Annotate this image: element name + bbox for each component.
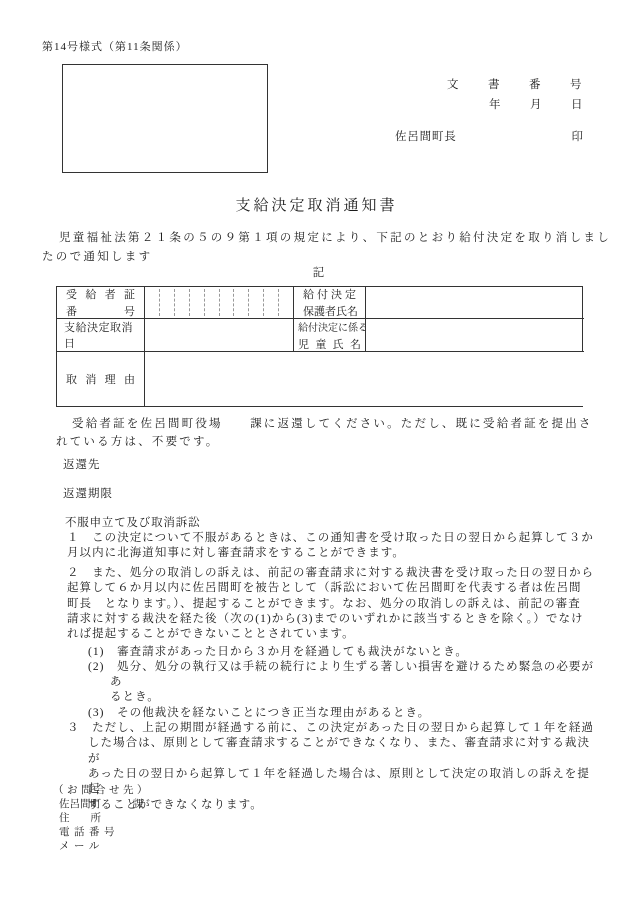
return-note-paragraph: 受給者証を佐呂間町役場 課に返還してください。ただし、既に受給者証を提出さ れて… bbox=[56, 416, 596, 451]
issuer-row: 佐呂間町長 印 bbox=[395, 128, 583, 144]
appeal-list: １ この決定について不服があるときは、この通知書を受け取った日の翌日から起算して… bbox=[67, 531, 595, 813]
cancel-reason-label: 取消理由 bbox=[57, 351, 144, 406]
appeal-subitem-3: (3) その他裁決を経ないことにつき正当な理由があるとき。 bbox=[88, 706, 595, 721]
cert-digit-box[interactable] bbox=[189, 289, 204, 316]
contact-mail-label: メール bbox=[59, 840, 151, 854]
recipient-cert-label-line1: 受給者証 bbox=[66, 287, 135, 302]
contact-office-line: 佐呂間町 課 bbox=[59, 798, 151, 812]
cert-digit-box[interactable] bbox=[174, 289, 189, 316]
guardian-label-line1: 給付決定 bbox=[303, 287, 356, 302]
appeal-subitem-1: (1) 審査請求があった日から３か月を経過しても裁決がないとき。 bbox=[88, 645, 595, 660]
ki-heading: 記 bbox=[56, 264, 583, 280]
reason-label-line: 取消理由 bbox=[66, 371, 135, 387]
intro-paragraph: 児童福祉法第２１条の５の９第１項の規定により、下記のとおり給付決定を取り消しまし… bbox=[42, 229, 624, 267]
return-deadline-label: 返還期限 bbox=[63, 485, 113, 501]
return-to-label: 返還先 bbox=[63, 456, 101, 472]
document-page: 第14号様式（第11条関係） 文書番号 年月日 佐呂間町長 印 支給決定取消通知… bbox=[0, 0, 630, 903]
recipient-cert-number-label: 受給者証 番号 bbox=[57, 287, 144, 318]
cancel-date-label: 支給決定取消日 bbox=[57, 318, 144, 351]
cert-digit-box[interactable] bbox=[233, 289, 248, 316]
cert-digit-box[interactable] bbox=[219, 289, 234, 316]
contact-heading: （お問合せ先） bbox=[53, 784, 151, 798]
contact-lines: 佐呂間町 課 住 所 電話番号 メール bbox=[59, 798, 151, 854]
contact-address-label: 住 所 bbox=[59, 812, 151, 826]
date-label: 年月日 bbox=[489, 96, 612, 112]
mayor-name: 佐呂間町長 bbox=[395, 128, 457, 144]
child-label-line1: 給付決定に係る bbox=[298, 319, 361, 334]
seal-mark: 印 bbox=[572, 128, 584, 144]
cert-digit-box[interactable] bbox=[248, 289, 263, 316]
cancel-reason-field[interactable] bbox=[144, 351, 584, 406]
cert-digit-box[interactable] bbox=[278, 289, 293, 316]
child-name-label: 給付決定に係る 児童氏名 bbox=[293, 318, 365, 351]
guardian-label-line2: 保護者氏名 bbox=[303, 303, 356, 318]
recipient-cert-label-line2: 番号 bbox=[66, 303, 135, 318]
appeal-section-heading: 不服申立て及び取消訴訟 bbox=[65, 514, 200, 530]
appeal-item-2: ２ また、処分の取消しの訴えは、前記の審査請求に対する裁決書を受け取った日の翌日… bbox=[67, 566, 595, 642]
page-title: 支給決定取消通知書 bbox=[0, 194, 630, 215]
guardian-name-field[interactable] bbox=[365, 287, 584, 318]
cancel-date-field[interactable] bbox=[144, 318, 293, 351]
contact-phone-label: 電話番号 bbox=[59, 826, 151, 840]
appeal-sublist: (1) 審査請求があった日から３か月を経過しても裁決がないとき。 (2) 処分、… bbox=[88, 645, 595, 721]
document-number-label: 文書番号 bbox=[447, 76, 611, 92]
notice-table: 受給者証 番号 給付決定 保護者氏名 支給決定取消日 給付決定に係る 児童氏名 bbox=[56, 286, 583, 407]
address-window-box bbox=[62, 64, 268, 173]
appeal-item-1: １ この決定について不服があるときは、この通知書を受け取った日の翌日から起算して… bbox=[67, 531, 595, 562]
appeal-subitem-2: (2) 処分、処分の執行又は手続の続行により生ずる著しい損害を避けるため緊急の必… bbox=[88, 660, 595, 706]
child-label-line2: 児童氏名 bbox=[298, 336, 361, 352]
child-name-field[interactable] bbox=[365, 318, 584, 351]
cert-digit-box[interactable] bbox=[263, 289, 278, 316]
cert-digit-box[interactable] bbox=[204, 289, 219, 316]
contact-block: （お問合せ先） 佐呂間町 課 住 所 電話番号 メール bbox=[53, 784, 151, 854]
form-number: 第14号様式（第11条関係） bbox=[42, 38, 188, 54]
cert-digit-box[interactable] bbox=[145, 289, 159, 316]
guardian-name-label: 給付決定 保護者氏名 bbox=[293, 287, 365, 318]
cert-digit-box[interactable] bbox=[159, 289, 174, 316]
recipient-cert-number-field[interactable] bbox=[144, 287, 293, 318]
